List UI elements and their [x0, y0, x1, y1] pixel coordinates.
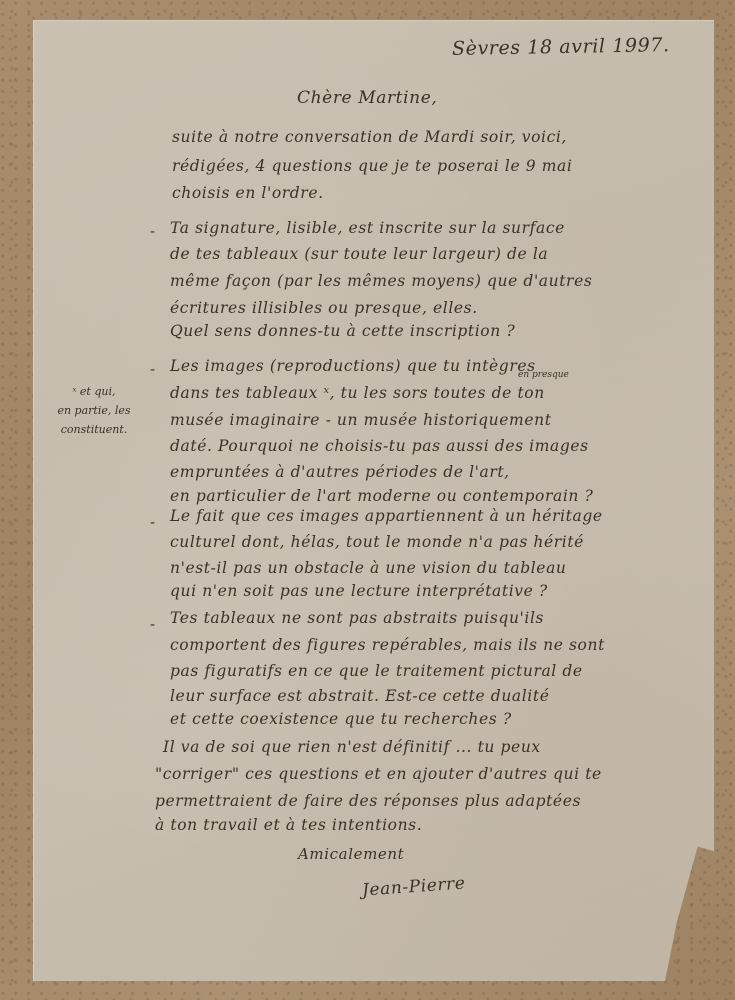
intro-line: rédigées, 4 questions que je te poserai …	[172, 157, 572, 175]
question-4-line: Tes tableaux ne sont pas abstraits puisq…	[170, 609, 544, 627]
salutation: Chère Martine,	[297, 88, 437, 108]
margin-note-line: ˣ et qui,	[44, 382, 144, 401]
question-1-line: de tes tableaux (sur toute leur largeur)…	[170, 245, 548, 263]
question-4-line: comportent des figures repérables, mais …	[170, 636, 605, 654]
question-2-line: empruntées à d'autres périodes de l'art,	[170, 463, 510, 481]
question-2-line: dans tes tableaux ˣ, tu les sors toutes …	[170, 384, 545, 402]
question-marker: -	[150, 222, 155, 240]
question-3-line: qui n'en soit pas une lecture interpréta…	[170, 582, 548, 600]
postscript-line: permettraient de faire des réponses plus…	[155, 792, 581, 810]
question-4-line: et cette coexistence que tu recherches ?	[170, 710, 512, 728]
question-2-line: musée imaginaire - un musée historiqueme…	[170, 411, 552, 429]
question-2-line: en particulier de l'art moderne ou conte…	[170, 487, 593, 505]
question-marker: -	[150, 360, 155, 378]
postscript-line: "corriger" ces questions et en ajouter d…	[155, 765, 602, 783]
question-4-line: leur surface est abstrait. Est-ce cette …	[170, 687, 549, 705]
question-2-line: Les images (reproductions) que tu intègr…	[170, 357, 536, 375]
question-3-line: culturel dont, hélas, tout le monde n'a …	[170, 533, 584, 551]
question-3-line: n'est-il pas un obstacle à une vision du…	[170, 559, 567, 577]
margin-note: ˣ et qui, en partie, les constituent.	[44, 382, 144, 439]
question-3-line: Le fait que ces images appartiennent à u…	[170, 507, 603, 525]
closing: Amicalement	[298, 845, 404, 863]
question-2-line: daté. Pourquoi ne choisis-tu pas aussi d…	[170, 437, 589, 455]
margin-note-line: en partie, les	[44, 401, 144, 420]
intro-line: choisis en l'ordre.	[172, 184, 324, 202]
postscript-line: Il va de soi que rien n'est définitif ..…	[163, 738, 541, 756]
margin-note-line: constituent.	[44, 420, 144, 439]
question-1-line: écritures illisibles ou presque, elles.	[170, 299, 478, 317]
question-4-line: pas figuratifs en ce que le traitement p…	[170, 662, 583, 680]
question-1-line: Quel sens donnes-tu à cette inscription …	[170, 322, 515, 340]
question-marker: -	[150, 615, 155, 633]
intro-line: suite à notre conversation de Mardi soir…	[172, 128, 567, 146]
question-marker: -	[150, 513, 155, 531]
date-line: Sèvres 18 avril 1997.	[452, 34, 670, 60]
postscript-line: à ton travail et à tes intentions.	[155, 816, 422, 834]
question-1-line: Ta signature, lisible, est inscrite sur …	[170, 219, 565, 237]
question-1-line: même façon (par les mêmes moyens) que d'…	[170, 272, 592, 290]
